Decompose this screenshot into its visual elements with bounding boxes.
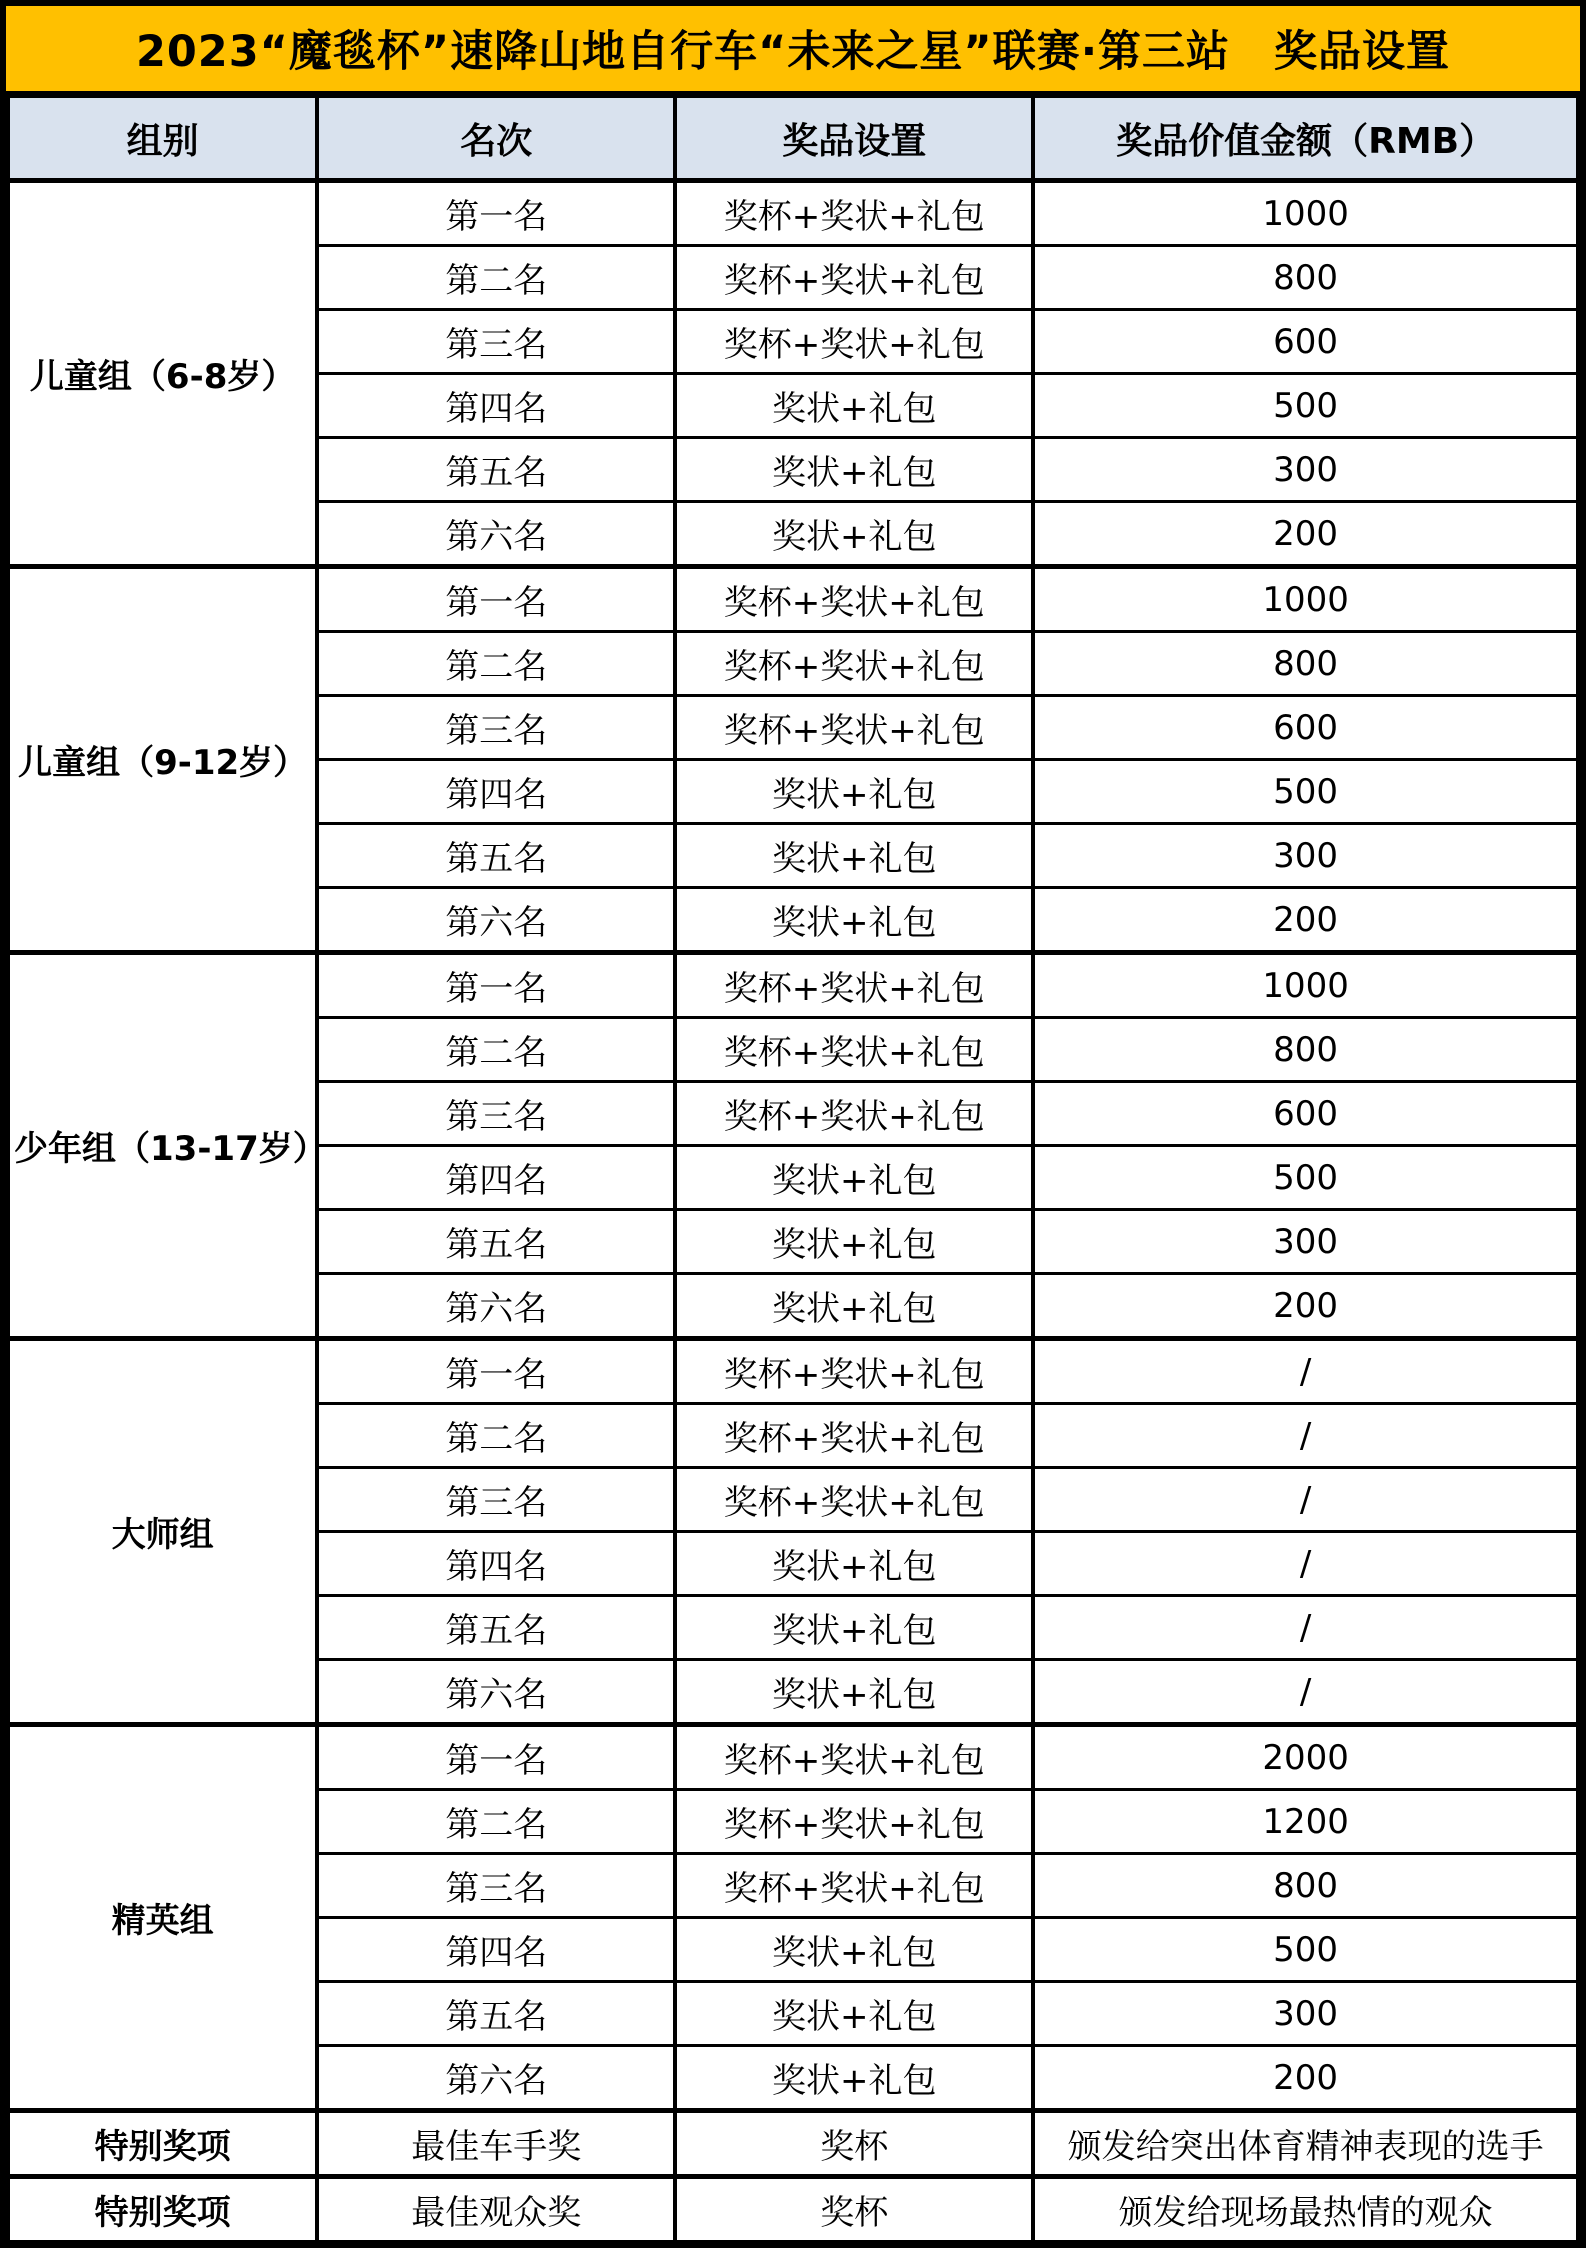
table-row: 少年组（13-17岁）第一名奖杯+奖状+礼包1000: [8, 953, 1578, 1018]
rank-cell: 第二名: [317, 1018, 675, 1082]
value-cell: 300: [1033, 824, 1578, 888]
special-award-row: 特别奖项最佳车手奖奖杯颁发给突出体育精神表现的选手: [8, 2111, 1578, 2177]
prize-cell: 奖杯+奖状+礼包: [675, 1018, 1033, 1082]
value-cell: /: [1033, 1532, 1578, 1596]
prize-cell: 奖杯+奖状+礼包: [675, 246, 1033, 310]
prize-cell: 奖状+礼包: [675, 502, 1033, 567]
value-cell: 800: [1033, 246, 1578, 310]
prize-cell: 奖状+礼包: [675, 374, 1033, 438]
prize-cell: 奖状+礼包: [675, 1532, 1033, 1596]
prize-cell: 奖杯+奖状+礼包: [675, 310, 1033, 374]
group-label: 大师组: [8, 1339, 317, 1725]
prize-cell: 奖杯+奖状+礼包: [675, 1854, 1033, 1918]
value-cell: 颁发给现场最热情的观众: [1033, 2177, 1578, 2242]
col-header-rank: 名次: [317, 97, 675, 181]
group-label: 儿童组（6-8岁）: [8, 181, 317, 567]
value-cell: 800: [1033, 1854, 1578, 1918]
col-header-group: 组别: [8, 97, 317, 181]
header-row: 组别 名次 奖品设置 奖品价值金额（RMB）: [8, 97, 1578, 181]
prize-cell: 奖杯+奖状+礼包: [675, 567, 1033, 632]
value-cell: 300: [1033, 1210, 1578, 1274]
prize-cell: 奖杯+奖状+礼包: [675, 696, 1033, 760]
rank-cell: 第六名: [317, 2046, 675, 2111]
value-cell: 500: [1033, 1146, 1578, 1210]
prize-table-page: 2023“魔毯杯”速降山地自行车“未来之星”联赛·第三站 奖品设置 组别 名次 …: [0, 0, 1586, 2248]
value-cell: 1000: [1033, 953, 1578, 1018]
table-row: 大师组第一名奖杯+奖状+礼包/: [8, 1339, 1578, 1404]
rank-cell: 第五名: [317, 1982, 675, 2046]
prize-cell: 奖杯+奖状+礼包: [675, 1725, 1033, 1790]
value-cell: 颁发给突出体育精神表现的选手: [1033, 2111, 1578, 2177]
rank-cell: 第四名: [317, 760, 675, 824]
value-cell: 500: [1033, 1918, 1578, 1982]
prize-cell: 奖状+礼包: [675, 438, 1033, 502]
group-label: 儿童组（9-12岁）: [8, 567, 317, 953]
table-row: 儿童组（9-12岁）第一名奖杯+奖状+礼包1000: [8, 567, 1578, 632]
rank-cell: 第五名: [317, 824, 675, 888]
value-cell: 1000: [1033, 181, 1578, 246]
value-cell: 300: [1033, 1982, 1578, 2046]
rank-cell: 第六名: [317, 1274, 675, 1339]
value-cell: 600: [1033, 1082, 1578, 1146]
value-cell: 600: [1033, 310, 1578, 374]
prize-cell: 奖状+礼包: [675, 1982, 1033, 2046]
prize-cell: 奖杯+奖状+礼包: [675, 1082, 1033, 1146]
rank-cell: 第四名: [317, 374, 675, 438]
prize-cell: 奖状+礼包: [675, 1146, 1033, 1210]
value-cell: /: [1033, 1596, 1578, 1660]
col-header-value: 奖品价值金额（RMB）: [1033, 97, 1578, 181]
table-row: 精英组第一名奖杯+奖状+礼包2000: [8, 1725, 1578, 1790]
prize-cell: 奖状+礼包: [675, 2046, 1033, 2111]
prize-cell: 奖杯+奖状+礼包: [675, 632, 1033, 696]
group-label: 少年组（13-17岁）: [8, 953, 317, 1339]
rank-cell: 第一名: [317, 1339, 675, 1404]
rank-cell: 最佳车手奖: [317, 2111, 675, 2177]
rank-cell: 第一名: [317, 953, 675, 1018]
value-cell: /: [1033, 1660, 1578, 1725]
rank-cell: 第二名: [317, 1790, 675, 1854]
rank-cell: 第二名: [317, 632, 675, 696]
prize-cell: 奖杯: [675, 2177, 1033, 2242]
rank-cell: 第六名: [317, 502, 675, 567]
value-cell: 800: [1033, 1018, 1578, 1082]
value-cell: /: [1033, 1339, 1578, 1404]
table-row: 儿童组（6-8岁）第一名奖杯+奖状+礼包1000: [8, 181, 1578, 246]
group-label: 特别奖项: [8, 2111, 317, 2177]
rank-cell: 第二名: [317, 1404, 675, 1468]
table-body: 儿童组（6-8岁）第一名奖杯+奖状+礼包1000第二名奖杯+奖状+礼包800第三…: [8, 181, 1578, 2242]
value-cell: 600: [1033, 696, 1578, 760]
rank-cell: 第四名: [317, 1532, 675, 1596]
rank-cell: 第一名: [317, 1725, 675, 1790]
page-title: 2023“魔毯杯”速降山地自行车“未来之星”联赛·第三站 奖品设置: [6, 6, 1580, 95]
rank-cell: 第三名: [317, 1082, 675, 1146]
value-cell: 200: [1033, 502, 1578, 567]
rank-cell: 第五名: [317, 1596, 675, 1660]
prize-cell: 奖状+礼包: [675, 1596, 1033, 1660]
rank-cell: 最佳观众奖: [317, 2177, 675, 2242]
rank-cell: 第五名: [317, 1210, 675, 1274]
prize-cell: 奖状+礼包: [675, 824, 1033, 888]
prize-cell: 奖状+礼包: [675, 1210, 1033, 1274]
value-cell: 300: [1033, 438, 1578, 502]
value-cell: 500: [1033, 760, 1578, 824]
rank-cell: 第三名: [317, 310, 675, 374]
value-cell: 200: [1033, 1274, 1578, 1339]
prize-cell: 奖状+礼包: [675, 760, 1033, 824]
rank-cell: 第三名: [317, 1468, 675, 1532]
prize-cell: 奖杯+奖状+礼包: [675, 1790, 1033, 1854]
value-cell: 500: [1033, 374, 1578, 438]
value-cell: 200: [1033, 888, 1578, 953]
value-cell: /: [1033, 1468, 1578, 1532]
rank-cell: 第二名: [317, 246, 675, 310]
prize-cell: 奖杯+奖状+礼包: [675, 1339, 1033, 1404]
value-cell: 2000: [1033, 1725, 1578, 1790]
prize-cell: 奖杯+奖状+礼包: [675, 1468, 1033, 1532]
value-cell: 1200: [1033, 1790, 1578, 1854]
prize-cell: 奖状+礼包: [675, 888, 1033, 953]
prize-cell: 奖杯: [675, 2111, 1033, 2177]
special-award-row: 特别奖项最佳观众奖奖杯颁发给现场最热情的观众: [8, 2177, 1578, 2242]
rank-cell: 第一名: [317, 567, 675, 632]
rank-cell: 第一名: [317, 181, 675, 246]
prize-cell: 奖杯+奖状+礼包: [675, 1404, 1033, 1468]
prize-cell: 奖状+礼包: [675, 1660, 1033, 1725]
value-cell: 800: [1033, 632, 1578, 696]
value-cell: 200: [1033, 2046, 1578, 2111]
rank-cell: 第三名: [317, 1854, 675, 1918]
rank-cell: 第三名: [317, 696, 675, 760]
rank-cell: 第五名: [317, 438, 675, 502]
col-header-prize: 奖品设置: [675, 97, 1033, 181]
rank-cell: 第六名: [317, 888, 675, 953]
rank-cell: 第六名: [317, 1660, 675, 1725]
group-label: 特别奖项: [8, 2177, 317, 2242]
prize-cell: 奖杯+奖状+礼包: [675, 953, 1033, 1018]
prize-table: 组别 名次 奖品设置 奖品价值金额（RMB） 儿童组（6-8岁）第一名奖杯+奖状…: [6, 95, 1580, 2243]
rank-cell: 第四名: [317, 1918, 675, 1982]
prize-cell: 奖状+礼包: [675, 1918, 1033, 1982]
prize-cell: 奖状+礼包: [675, 1274, 1033, 1339]
value-cell: /: [1033, 1404, 1578, 1468]
rank-cell: 第四名: [317, 1146, 675, 1210]
group-label: 精英组: [8, 1725, 317, 2111]
prize-cell: 奖杯+奖状+礼包: [675, 181, 1033, 246]
value-cell: 1000: [1033, 567, 1578, 632]
